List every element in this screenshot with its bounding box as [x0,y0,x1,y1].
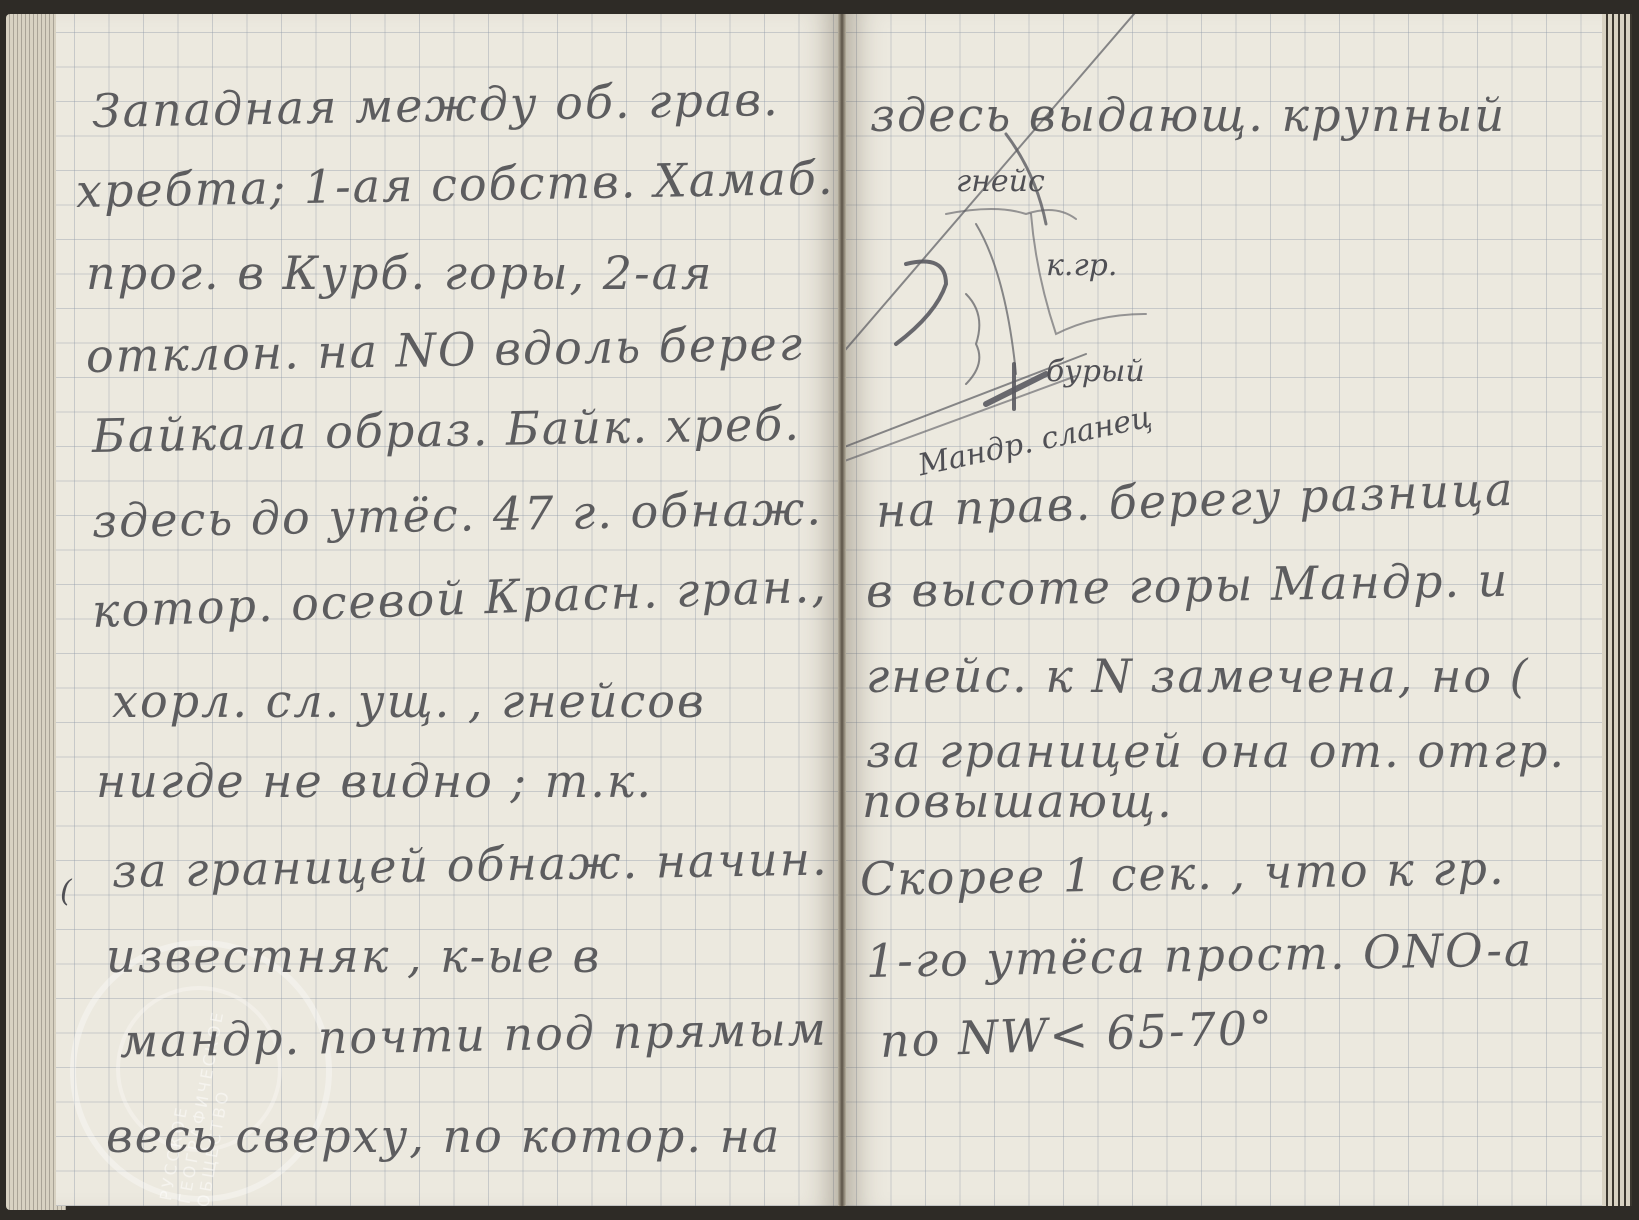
handwritten-line: хребта; 1-ая собств. Хамаб. [76,151,835,218]
handwritten-line: повышающ. [862,774,1174,828]
handwritten-line: за границей она от. отгр. [866,724,1566,778]
handwritten-line: Западная между об. грав. [92,72,781,138]
sketch-label-gneiss: гнейс [956,164,1045,199]
handwritten-line: в высоте горы Мандр. и [866,553,1510,618]
handwritten-line: хорл. сл. ущ. , гнейсов [112,674,706,728]
handwritten-line: прог. в Курб. горы, 2-ая [86,246,714,300]
handwritten-line: Скорее 1 сек. , что к гр. [860,841,1507,906]
handwritten-line: мандр. почти под прямым [120,1002,829,1068]
handwritten-line: котор. осевой Красн. гран., [91,558,828,638]
handwritten-line: отклон. на NO вдоль берег [86,316,805,383]
left-page: РУССКОЕ ГЕОГРАФИЧЕСКОЕ ОБЩЕСТВО Западная… [56,14,840,1206]
handwritten-line: здесь до утёс. 47 г. обнаж. [92,481,824,548]
sketch-label-granite: к.гр. [1046,248,1117,283]
right-page: здесь выдающ. крупный гнейс к.гр. бурый … [846,14,1602,1206]
handwritten-line: известняк , к-ые в [106,929,601,983]
handwritten-line: Байкала образ. Байк. хреб. [92,397,802,463]
margin-mark: ( [60,874,72,909]
handwritten-line: нигде не видно ; т.к. [96,754,653,808]
handwritten-line: весь сверху, по котор. на [106,1109,781,1163]
handwritten-line: гнейс. к N замечена, но ( [866,649,1530,703]
sketch-label-brown: бурый [1046,354,1145,389]
notebook-spread: РУССКОЕ ГЕОГРАФИЧЕСКОЕ ОБЩЕСТВО Западная… [0,0,1639,1220]
watermark-text: РУССКОЕ ГЕОГРАФИЧЕСКОЕ ОБЩЕСТВО [156,960,254,1206]
notebook-gutter [838,14,846,1206]
handwritten-line: за границей обнаж. начин. [112,831,830,897]
page-edges-right [1602,14,1632,1206]
handwritten-line: здесь выдающ. крупный [870,88,1506,142]
